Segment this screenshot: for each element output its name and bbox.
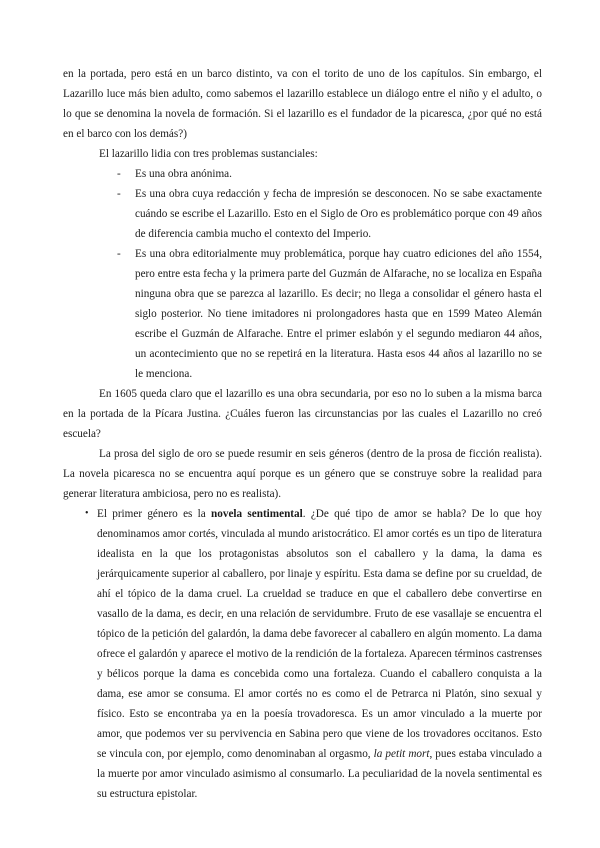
- dot-bullet-marker: •: [85, 504, 89, 524]
- dash-bullet-marker: -: [117, 184, 121, 204]
- list-item-text: Es una obra anónima.: [135, 168, 232, 180]
- list-item: - Es una obra anónima.: [63, 164, 542, 184]
- dot-bullet-item: •El primer género es la novela sentiment…: [63, 504, 542, 804]
- sentimental-lead-text: El primer género es la: [97, 508, 211, 520]
- dash-bullet-marker: -: [117, 244, 121, 264]
- sentimental-middle-text: . ¿De qué tipo de amor se habla? De lo q…: [97, 508, 542, 760]
- list-item-text: Es una obra editorialmente muy problemát…: [135, 248, 542, 380]
- document-page: en la portada, pero está en un barco dis…: [0, 0, 600, 848]
- list-item: - Es una obra cuya redacción y fecha de …: [63, 184, 542, 244]
- dash-bullet-list: - Es una obra anónima. - Es una obra cuy…: [63, 164, 542, 384]
- paragraph-portada-barco: en la portada, pero está en un barco dis…: [63, 64, 542, 144]
- document-text-column: en la portada, pero está en un barco dis…: [63, 64, 542, 804]
- paragraph-problemas-intro: El lazarillo lidia con tres problemas su…: [63, 144, 542, 164]
- dash-bullet-marker: -: [117, 164, 121, 184]
- paragraph-prosa-siglo-de-oro: La prosa del siglo de oro se puede resum…: [63, 444, 542, 504]
- paragraph-1605-picara-justina: En 1605 queda claro que el lazarillo es …: [63, 384, 542, 444]
- list-item: - Es una obra editorialmente muy problem…: [63, 244, 542, 384]
- list-item-text: Es una obra cuya redacción y fecha de im…: [135, 188, 542, 240]
- sentimental-bold-text: novela sentimental: [211, 508, 303, 520]
- sentimental-italic-text: la petit mort: [374, 748, 430, 760]
